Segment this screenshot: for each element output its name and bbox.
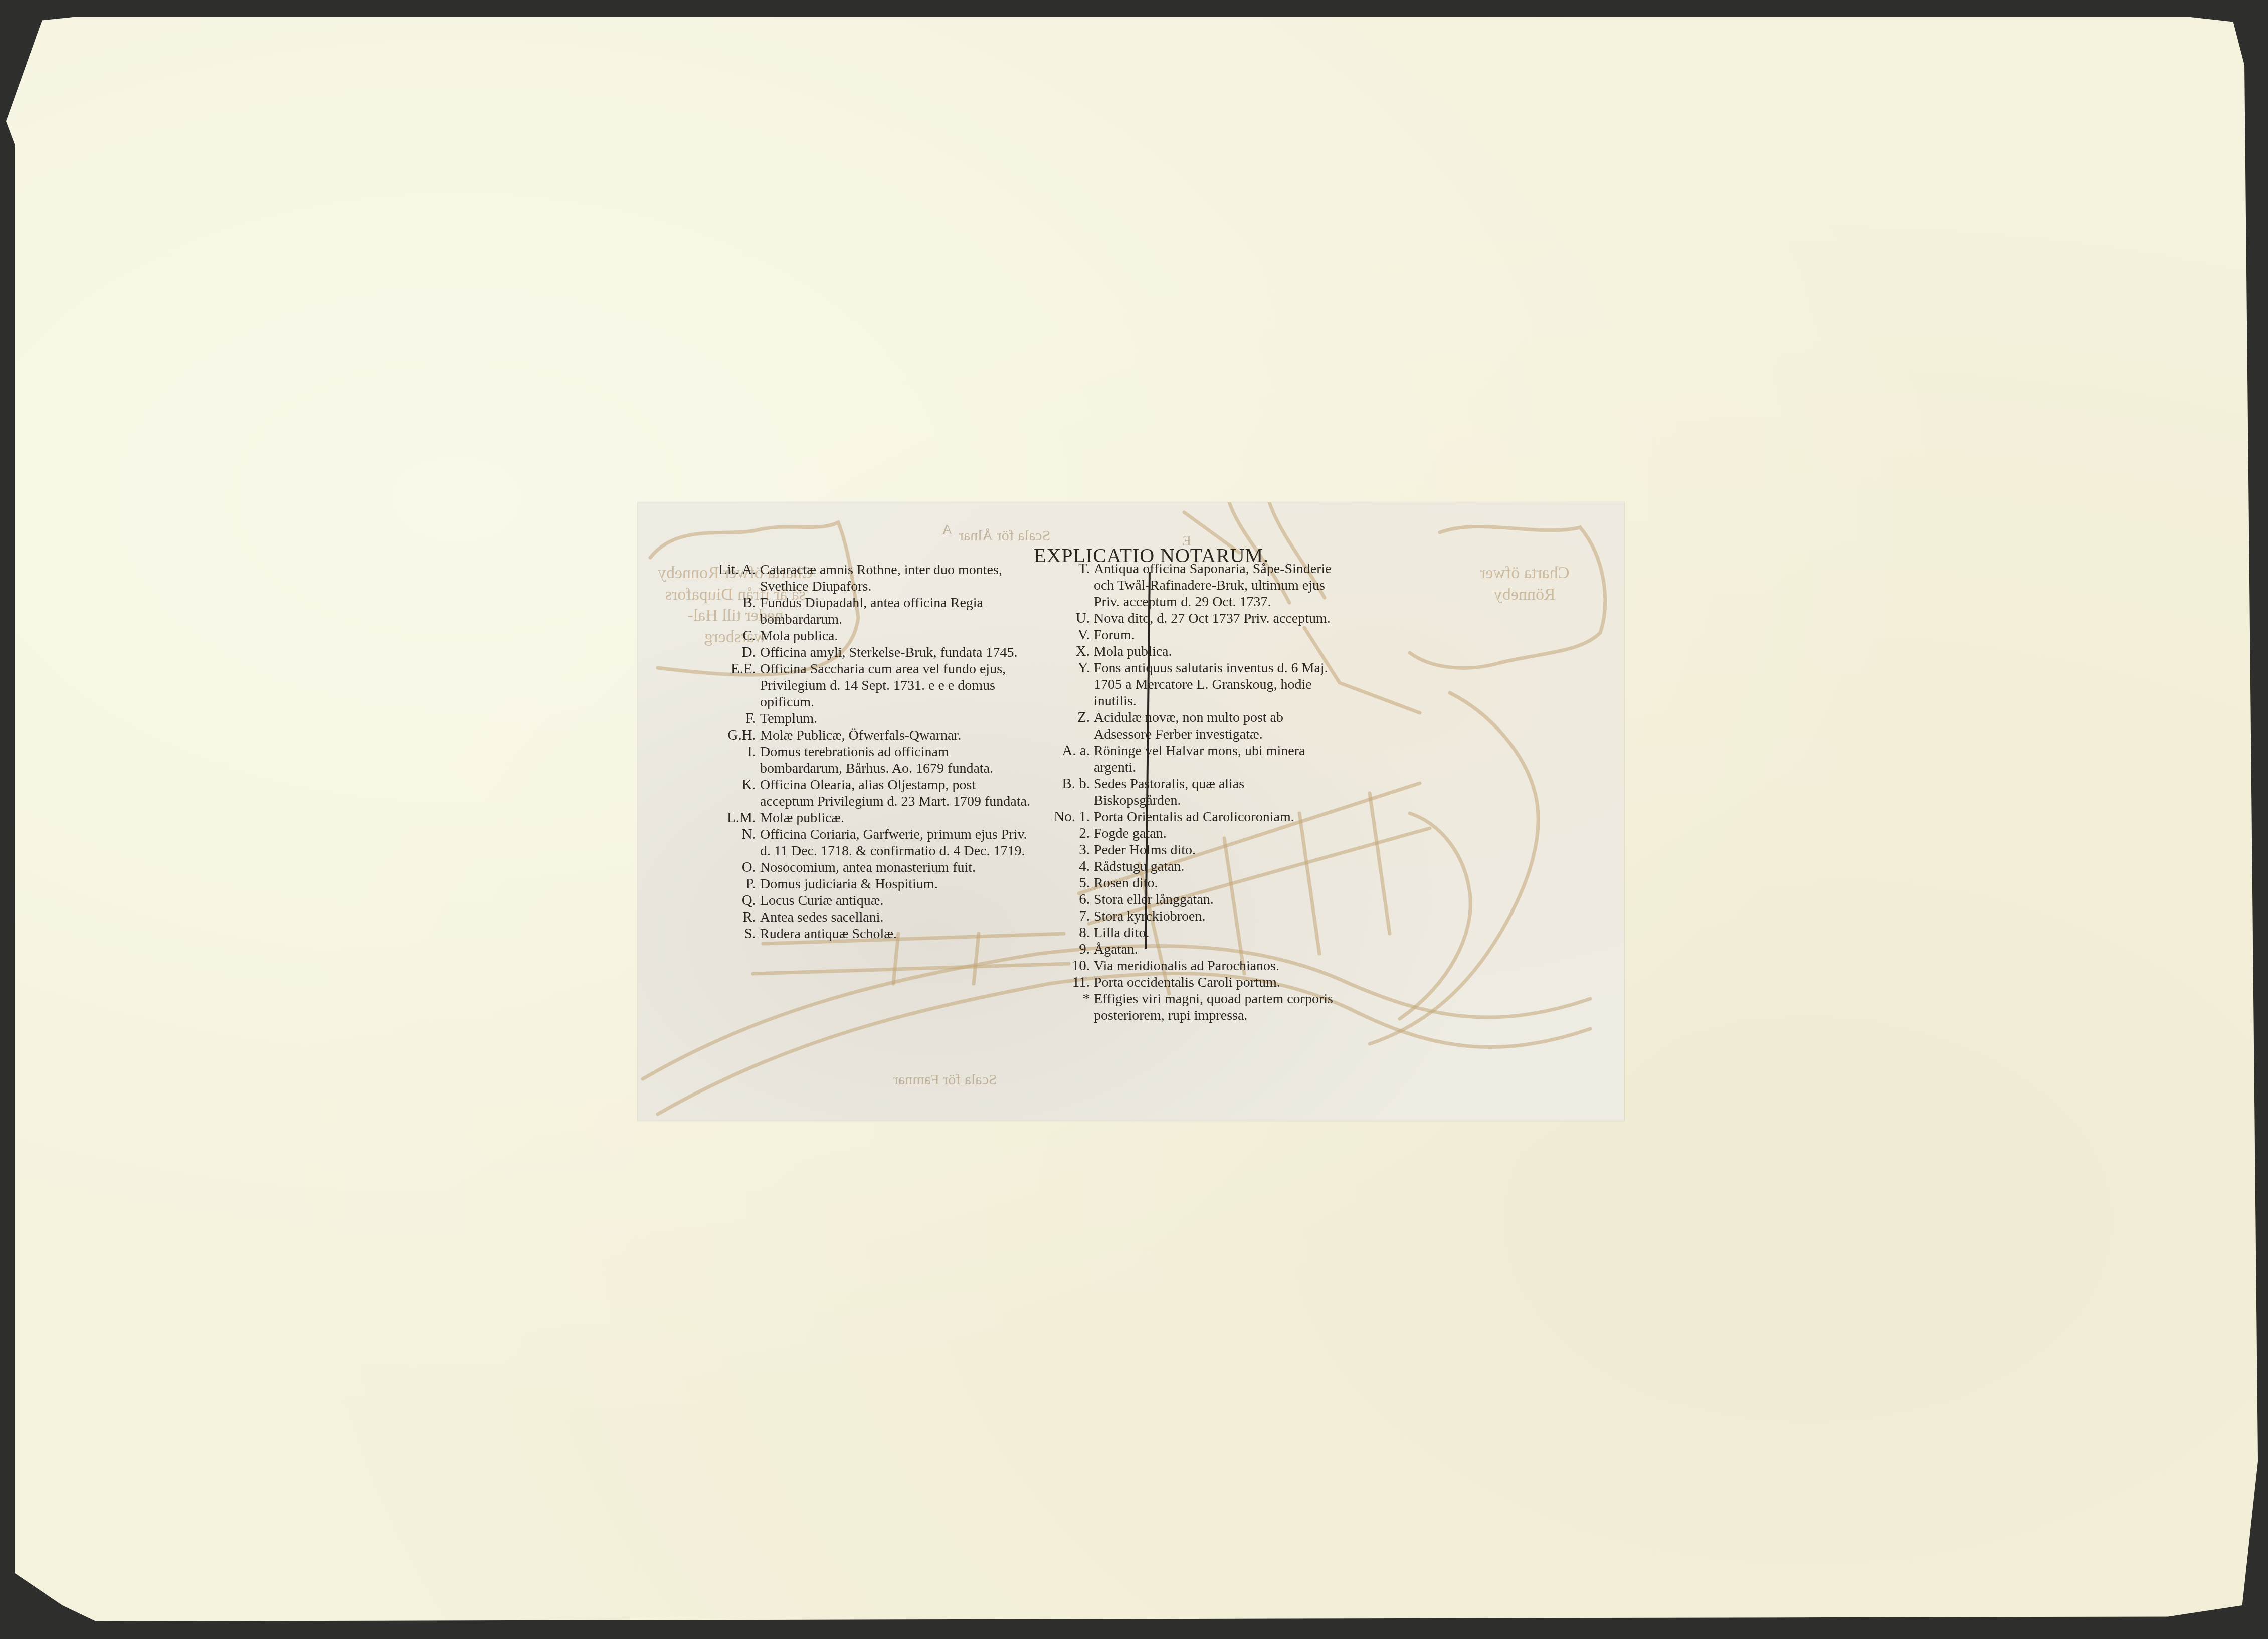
legend-text: Molæ Publicæ, Öfwerfals-Qwarnar.	[760, 727, 1033, 744]
legend-key: S.	[697, 926, 760, 942]
legend-text: Mola publica.	[1094, 643, 1335, 660]
legend-row: P.Domus judiciaria & Hospitium.	[697, 876, 1033, 892]
legend-key: 9.	[1054, 941, 1094, 958]
legend-text: Domus terebrationis ad officinam bombard…	[760, 744, 1033, 777]
legend-text: Porta Orientalis ad Carolicoroniam.	[1094, 809, 1335, 825]
legend-text: Officina Olearia, alias Oljestamp, post …	[760, 777, 1033, 810]
legend-row: 8.Lilla dito.	[1054, 925, 1335, 941]
legend-text: Officina Saccharia cum area vel fundo ej…	[760, 661, 1033, 710]
legend-key: 8.	[1054, 925, 1094, 941]
legend-text: Officina Coriaria, Garfwerie, primum eju…	[760, 826, 1033, 859]
legend-row: 9.Ågatan.	[1054, 941, 1335, 958]
legend-key: B. b.	[1054, 776, 1094, 809]
legend-row: S.Rudera antiquæ Scholæ.	[697, 926, 1033, 942]
legend-key: P.	[697, 876, 760, 892]
legend-row: 5.Rosen dito.	[1054, 875, 1335, 891]
legend-row: G.H.Molæ Publicæ, Öfwerfals-Qwarnar.	[697, 727, 1033, 744]
legend-key: O.	[697, 859, 760, 876]
legend-text: Locus Curiæ antiquæ.	[760, 892, 1033, 909]
legend-row: Q.Locus Curiæ antiquæ.	[697, 892, 1033, 909]
legend-text: Ågatan.	[1094, 941, 1335, 958]
legend-key: C.	[697, 628, 760, 644]
legend-row: F.Templum.	[697, 710, 1033, 727]
legend-row: V.Forum.	[1054, 627, 1335, 643]
legend-key: E.E.	[697, 661, 760, 710]
legend-row: N.Officina Coriaria, Garfwerie, primum e…	[697, 826, 1033, 859]
legend-key: Y.	[1054, 660, 1094, 709]
legend-key: L.M.	[697, 810, 760, 826]
legend-text: Fogde gatan.	[1094, 825, 1335, 842]
legend-row: I.Domus terebrationis ad officinam bomba…	[697, 744, 1033, 777]
legend-key: R.	[697, 909, 760, 926]
legend-key: 5.	[1054, 875, 1094, 891]
legend-text: Nova dito, d. 27 Oct 1737 Priv. acceptum…	[1094, 610, 1335, 627]
legend-text: Rosen dito.	[1094, 875, 1335, 891]
legend-text: Molæ publicæ.	[760, 810, 1033, 826]
legend-row: 6.Stora eller långgatan.	[1054, 891, 1335, 908]
legend-row: U.Nova dito, d. 27 Oct 1737 Priv. accept…	[1054, 610, 1335, 627]
legend-key: No. 1.	[1054, 809, 1094, 825]
legend-row: 2.Fogde gatan.	[1054, 825, 1335, 842]
legend-row: Z.Acidulæ novæ, non multo post ab Adsess…	[1054, 709, 1335, 743]
legend-text: Templum.	[760, 710, 1033, 727]
legend-key: F.	[697, 710, 760, 727]
legend-row: O.Nosocomium, antea monasterium fuit.	[697, 859, 1033, 876]
legend-key: V.	[1054, 627, 1094, 643]
legend-key: A. a.	[1054, 743, 1094, 776]
legend-key: D.	[697, 644, 760, 661]
legend-row: C.Mola publica.	[697, 628, 1033, 644]
legend-text: Forum.	[1094, 627, 1335, 643]
legend-text: Nosocomium, antea monasterium fuit.	[760, 859, 1033, 876]
legend-row: No. 1.Porta Orientalis ad Carolicoroniam…	[1054, 809, 1335, 825]
legend-key: 6.	[1054, 891, 1094, 908]
legend-row: X.Mola publica.	[1054, 643, 1335, 660]
legend-key: 7.	[1054, 908, 1094, 925]
legend-explicatio-notarum: EXPLICATIO NOTARUM. Lit. A.Cataractæ amn…	[638, 502, 1624, 1121]
legend-row: 4.Rådstugu gatan.	[1054, 858, 1335, 875]
legend-row: D.Officina amyli, Sterkelse-Bruk, fundat…	[697, 644, 1033, 661]
legend-text: Mola publica.	[760, 628, 1033, 644]
legend-row: 10.Via meridionalis ad Parochianos.	[1054, 958, 1335, 974]
legend-row: B. b.Sedes Pastoralis, quæ alias Biskops…	[1054, 776, 1335, 809]
legend-row: Y.Fons antiquus salutaris inventus d. 6 …	[1054, 660, 1335, 709]
legend-key: Z.	[1054, 709, 1094, 743]
legend-text: Rådstugu gatan.	[1094, 858, 1335, 875]
legend-row: T.Antiqua officina Saponaria, Såpe-Sinde…	[1054, 561, 1335, 610]
legend-row: *Effigies viri magni, quoad partem corpo…	[1054, 991, 1335, 1024]
legend-key: T.	[1054, 561, 1094, 610]
legend-text: Fons antiquus salutaris inventus d. 6 Ma…	[1094, 660, 1335, 709]
legend-row: A. a.Röninge vel Halvar mons, ubi minera…	[1054, 743, 1335, 776]
legend-key: *	[1054, 991, 1094, 1024]
legend-key: K.	[697, 777, 760, 810]
legend-right-column: T.Antiqua officina Saponaria, Såpe-Sinde…	[1054, 561, 1335, 1024]
legend-key: 11.	[1054, 974, 1094, 991]
legend-row: E.E.Officina Saccharia cum area vel fund…	[697, 661, 1033, 710]
legend-text: Porta occidentalis Caroli portum.	[1094, 974, 1335, 991]
legend-text: Stora kyrckiobroen.	[1094, 908, 1335, 925]
legend-row: 7.Stora kyrckiobroen.	[1054, 908, 1335, 925]
legend-key: U.	[1054, 610, 1094, 627]
legend-left-column: Lit. A.Cataractæ amnis Rothne, inter duo…	[697, 562, 1033, 942]
legend-key: 3.	[1054, 842, 1094, 858]
legend-row: R.Antea sedes sacellani.	[697, 909, 1033, 926]
legend-text: Effigies viri magni, quoad partem corpor…	[1094, 991, 1335, 1024]
legend-text: Fundus Diupadahl, antea officina Regia b…	[760, 595, 1033, 628]
legend-key: 2.	[1054, 825, 1094, 842]
legend-text: Via meridionalis ad Parochianos.	[1094, 958, 1335, 974]
legend-row: 3.Peder Holms dito.	[1054, 842, 1335, 858]
legend-text: Antea sedes sacellani.	[760, 909, 1033, 926]
legend-text: Röninge vel Halvar mons, ubi minera arge…	[1094, 743, 1335, 776]
legend-text: Stora eller långgatan.	[1094, 891, 1335, 908]
legend-row: B.Fundus Diupadahl, antea officina Regia…	[697, 595, 1033, 628]
legend-text: Antiqua officina Saponaria, Såpe-Sinderi…	[1094, 561, 1335, 610]
legend-row: 11.Porta occidentalis Caroli portum.	[1054, 974, 1335, 991]
legend-key: Q.	[697, 892, 760, 909]
legend-text: Rudera antiquæ Scholæ.	[760, 926, 1033, 942]
legend-key: N.	[697, 826, 760, 859]
legend-text: Cataractæ amnis Rothne, inter duo montes…	[760, 562, 1033, 595]
legend-text: Domus judiciaria & Hospitium.	[760, 876, 1033, 892]
legend-key: B.	[697, 595, 760, 628]
legend-text: Acidulæ novæ, non multo post ab Adsessor…	[1094, 709, 1335, 743]
legend-key: G.H.	[697, 727, 760, 744]
legend-text: Peder Holms dito.	[1094, 842, 1335, 858]
legend-row: L.M.Molæ publicæ.	[697, 810, 1033, 826]
legend-key: Lit. A.	[697, 562, 760, 595]
legend-row: Lit. A.Cataractæ amnis Rothne, inter duo…	[697, 562, 1033, 595]
map-fragment: Charta öfwer Ronneby så är ifrån Diupafo…	[638, 502, 1624, 1121]
legend-key: X.	[1054, 643, 1094, 660]
legend-text: Sedes Pastoralis, quæ alias Biskopsgårde…	[1094, 776, 1335, 809]
legend-key: 4.	[1054, 858, 1094, 875]
legend-row: K.Officina Olearia, alias Oljestamp, pos…	[697, 777, 1033, 810]
legend-key: 10.	[1054, 958, 1094, 974]
legend-text: Officina amyli, Sterkelse-Bruk, fundata …	[760, 644, 1033, 661]
legend-key: I.	[697, 744, 760, 777]
legend-text: Lilla dito.	[1094, 925, 1335, 941]
